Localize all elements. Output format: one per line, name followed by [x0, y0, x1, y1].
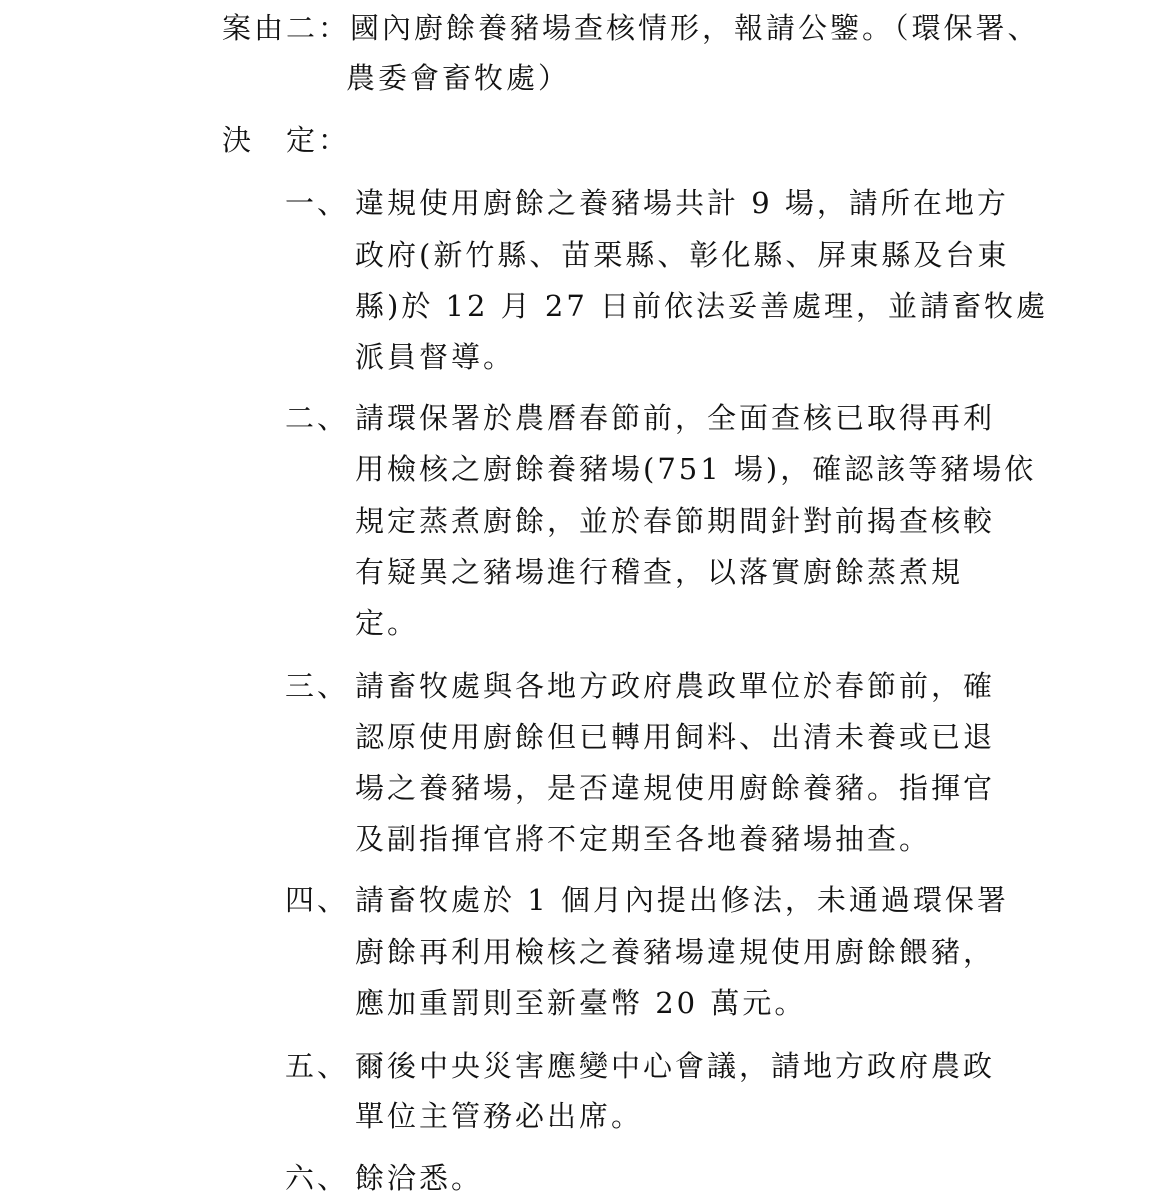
- item-line: 及副指揮官將不定期至各地養豬場抽查。: [355, 819, 931, 859]
- item-line: 請環保署於農曆春節前，全面查核已取得再利: [355, 398, 995, 438]
- item-line: 用檢核之廚餘養豬場(751 場)，確認該等豬場依: [355, 449, 1036, 489]
- item-number: 六、: [285, 1158, 349, 1198]
- decision-label: 決 定：: [222, 120, 350, 160]
- item-line: 認原使用廚餘但已轉用飼料、出清未養或已退: [355, 717, 995, 757]
- item-line: 政府(新竹縣、苗栗縣、彰化縣、屏東縣及台東: [355, 235, 1009, 275]
- item-number: 四、: [285, 880, 349, 920]
- item-number: 二、: [285, 398, 349, 438]
- item-line: 違規使用廚餘之養豬場共計 9 場，請所在地方: [355, 183, 1009, 223]
- item-number: 三、: [285, 666, 349, 706]
- item-line: 單位主管務必出席。: [355, 1096, 643, 1136]
- item-line: 爾後中央災害應變中心會議，請地方政府農政: [355, 1046, 995, 1086]
- item-line: 請畜牧處於 1 個月內提出修法，未通過環保署: [355, 880, 1009, 920]
- item-number: 五、: [285, 1046, 349, 1086]
- item-line: 餘洽悉。: [355, 1158, 483, 1198]
- item-line: 派員督導。: [355, 337, 515, 377]
- item-line: 規定蒸煮廚餘，並於春節期間針對前揭查核較: [355, 501, 995, 541]
- item-line: 定。: [355, 603, 419, 643]
- item-line: 應加重罰則至新臺幣 20 萬元。: [355, 983, 806, 1023]
- item-line: 請畜牧處與各地方政府農政單位於春節前，確: [355, 666, 995, 706]
- item-line: 場之養豬場，是否違規使用廚餘養豬。指揮官: [355, 768, 995, 808]
- item-line: 縣)於 12 月 27 日前依法妥善處理，並請畜牧處: [355, 286, 1048, 326]
- case-title-line-2: 農委會畜牧處）: [346, 58, 570, 98]
- item-number: 一、: [285, 183, 349, 223]
- item-line: 有疑異之豬場進行稽查，以落實廚餘蒸煮規: [355, 552, 963, 592]
- case-title-line-1: 案由二：國內廚餘養豬場查核情形，報請公鑒。（環保署、: [222, 8, 1040, 48]
- item-line: 廚餘再利用檢核之養豬場違規使用廚餘餵豬，: [355, 932, 995, 972]
